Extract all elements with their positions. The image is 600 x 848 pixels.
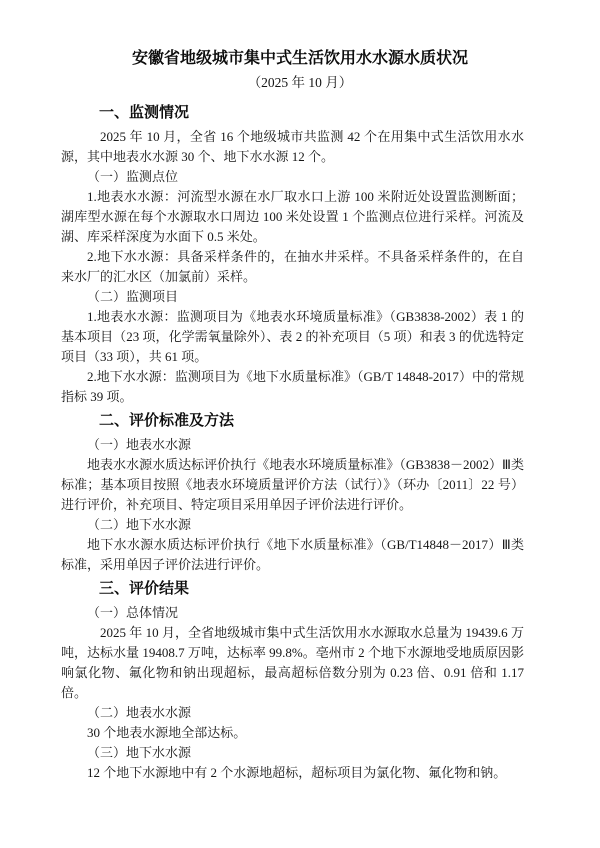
document-page: 安徽省地级城市集中式生活饮用水水源水质状况 （2025 年 10 月） 一、监测…	[0, 0, 600, 848]
section-2-subheading-1: （一）地表水水源	[61, 435, 524, 455]
section-1-subheading-1: （一）监测点位	[61, 167, 524, 187]
document-title: 安徽省地级城市集中式生活饮用水水源水质状况	[0, 46, 600, 72]
section-1-paragraph-2: 2.地下水水源：具备采样条件的，在抽水井采样。不具备采样条件的，在自来水厂的汇水…	[61, 247, 524, 287]
section-3-heading: 三、评价结果	[61, 578, 524, 600]
section-3-subheading-2: （二）地表水水源	[61, 703, 524, 723]
section-3-subheading-3: （三）地下水水源	[61, 743, 524, 763]
document-body: 一、监测情况 2025 年 10 月，全省 16 个地级城市共监测 42 个在用…	[0, 102, 600, 783]
document-subtitle: （2025 年 10 月）	[0, 72, 600, 94]
section-2-heading: 二、评价标准及方法	[61, 410, 524, 432]
section-1-heading: 一、监测情况	[61, 102, 524, 124]
section-3-paragraph-2: 30 个地表水源地全部达标。	[61, 723, 524, 743]
section-3-paragraph-1: 2025 年 10 月，全省地级城市集中式生活饮用水水源取水总量为 19439.…	[61, 623, 524, 703]
section-1-paragraph-1: 1.地表水水源：河流型水源在水厂取水口上游 100 米附近处设置监测断面；湖库型…	[61, 187, 524, 247]
section-1-paragraph-4: 2.地下水水源：监测项目为《地下水质量标准》（GB/T 14848-2017）中…	[61, 367, 524, 407]
section-2-subheading-2: （二）地下水水源	[61, 515, 524, 535]
section-2-paragraph-2: 地下水水源水质达标评价执行《地下水质量标准》（GB/T14848－2017）Ⅲ类…	[61, 535, 524, 575]
section-1-intro-paragraph: 2025 年 10 月，全省 16 个地级城市共监测 42 个在用集中式生活饮用…	[61, 127, 524, 167]
section-3-paragraph-3: 12 个地下水源地中有 2 个水源地超标，超标项目为氯化物、氟化物和钠。	[61, 763, 524, 783]
section-2-paragraph-1: 地表水水源水质达标评价执行《地表水环境质量标准》（GB3838－2002）Ⅲ类标…	[61, 455, 524, 515]
section-3-subheading-1: （一）总体情况	[61, 603, 524, 623]
section-1-subheading-2: （二）监测项目	[61, 287, 524, 307]
document-header: 安徽省地级城市集中式生活饮用水水源水质状况 （2025 年 10 月）	[0, 46, 600, 94]
section-1-paragraph-3: 1.地表水水源：监测项目为《地表水环境质量标准》（GB3838-2002）表 1…	[61, 307, 524, 367]
